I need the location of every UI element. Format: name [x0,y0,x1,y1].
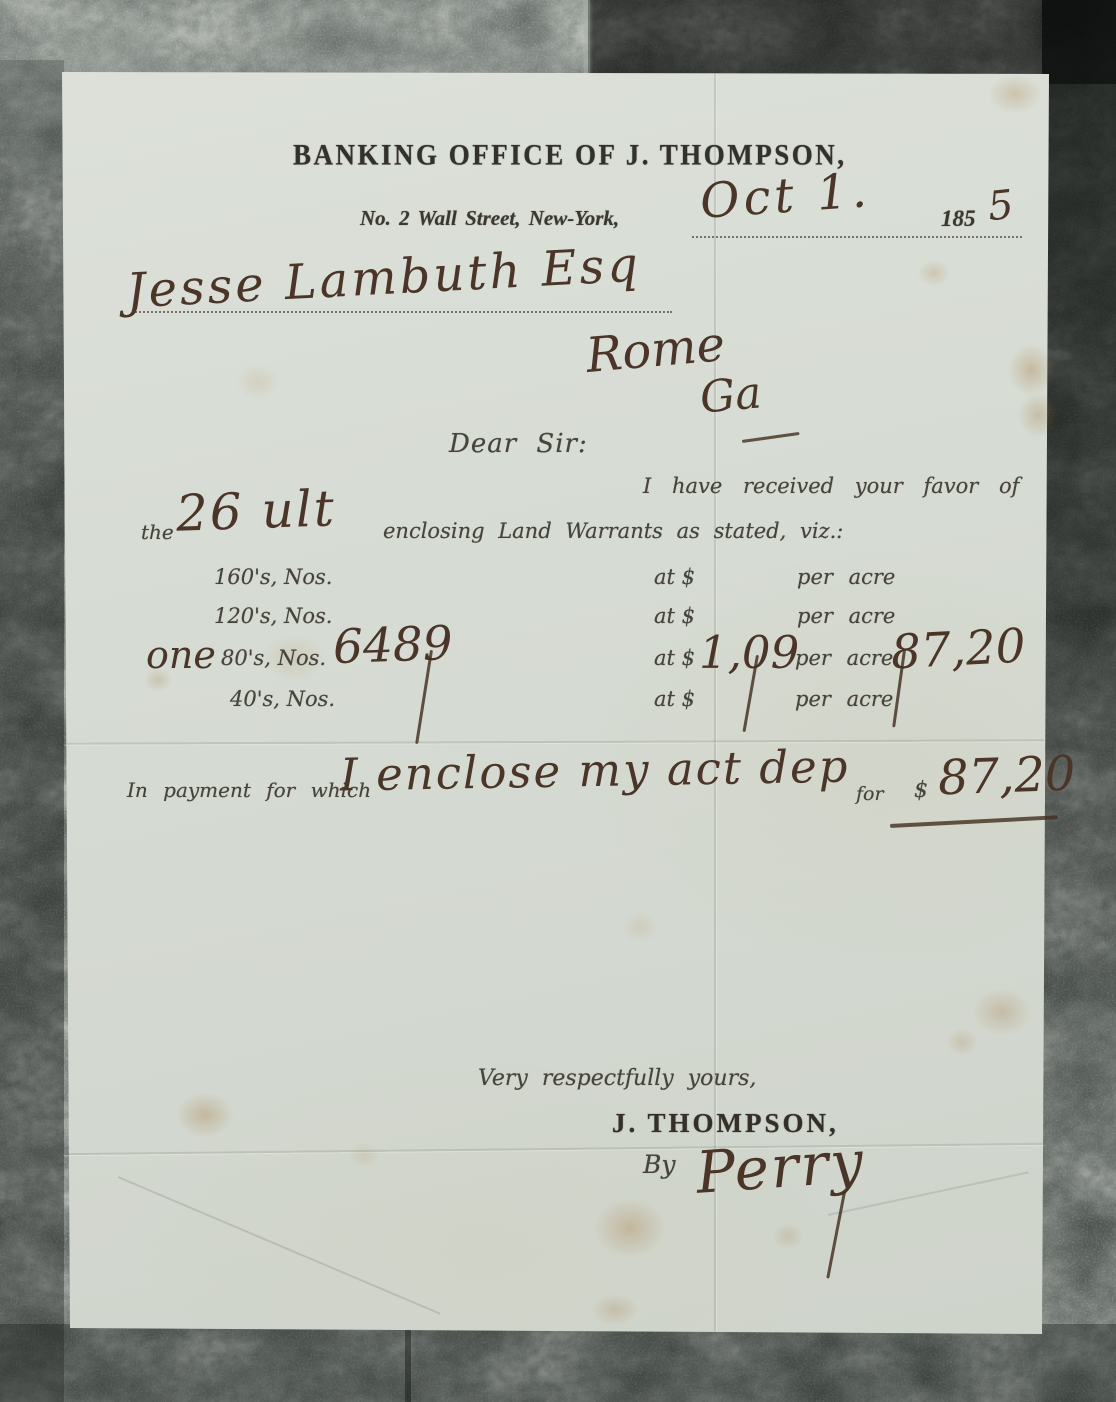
row-120-per-acre: per acre [797,604,895,628]
letterhead-address: No. 2 Wall Street, New-York, [360,206,619,231]
row-160-at: at $ [654,565,695,589]
tile-shadow-right [1042,0,1116,1402]
stain [988,74,1042,114]
handwritten-date: Oct 1. [699,166,873,226]
payment-printed-prefix: In payment for which [127,778,371,802]
row-80-warrant-number: 6489 [332,620,453,671]
recipient-dotted-line [132,311,672,313]
row-120-denomination: 120's, Nos. [214,604,332,628]
payment-for: for [856,783,884,805]
stain [594,1198,666,1258]
closing-valediction: Very respectfully yours, [478,1066,756,1091]
row-80-qty-handwritten: one [146,636,216,674]
tile-shadow-left [0,60,64,1402]
handwritten-year-digit: 5 [986,185,1015,227]
row-80-at: at $ [654,646,695,670]
payment-amount-handwritten: 87,20 [937,750,1076,803]
stain [1008,344,1054,396]
row-40-at: at $ [654,687,695,711]
photo-scene: BANKING OFFICE OF J. THOMPSON, No. 2 Wal… [0,0,1116,1402]
stain [772,1222,804,1250]
letterhead-title: BANKING OFFICE OF J. THOMPSON, [293,139,813,172]
row-160-per-acre: per acre [797,565,895,589]
stain [946,1028,978,1056]
stain [972,988,1032,1036]
stain [176,1092,234,1138]
stain [1018,392,1058,438]
recipient-city: Rome [584,320,727,380]
stain [348,1142,380,1168]
row-80-amount-handwritten: 87,20 [890,623,1027,677]
tile-grout-line-top [584,0,590,82]
tile-grout-line-bottom [405,1328,411,1402]
row-80-denomination: 80's, Nos. [221,646,326,670]
stain [592,1294,638,1326]
body-enclosing-line: enclosing Land Warrants as stated, viz.: [383,519,843,543]
closing-by-label: By [643,1150,676,1179]
row-40-per-acre: per acre [795,687,893,711]
tile-shadow-bottom [0,1324,1116,1402]
payment-handwritten: I enclose my act dep [340,744,850,798]
row-40-denomination: 40's, Nos. [230,687,335,711]
payment-dollar-sign: $ [914,778,928,803]
printed-year: 185 [941,206,976,232]
date-dotted-line [692,236,1022,238]
stain [236,364,280,400]
salutation: Dear Sir: [449,429,588,459]
body-the: the [141,520,174,544]
body-opening-line: I have received your favor of [643,474,1019,498]
stain [622,912,658,942]
row-80-per-acre: per acre [795,646,893,670]
handwritten-date-reference: 26 ult [175,483,336,539]
row-160-denomination: 160's, Nos. [214,565,332,589]
row-80-rate-handwritten: 1,09 [699,630,799,675]
recipient-state: Ga [698,371,763,420]
stain [918,260,950,286]
closing-signature: Perry [694,1132,867,1202]
row-120-at: at $ [654,604,695,628]
